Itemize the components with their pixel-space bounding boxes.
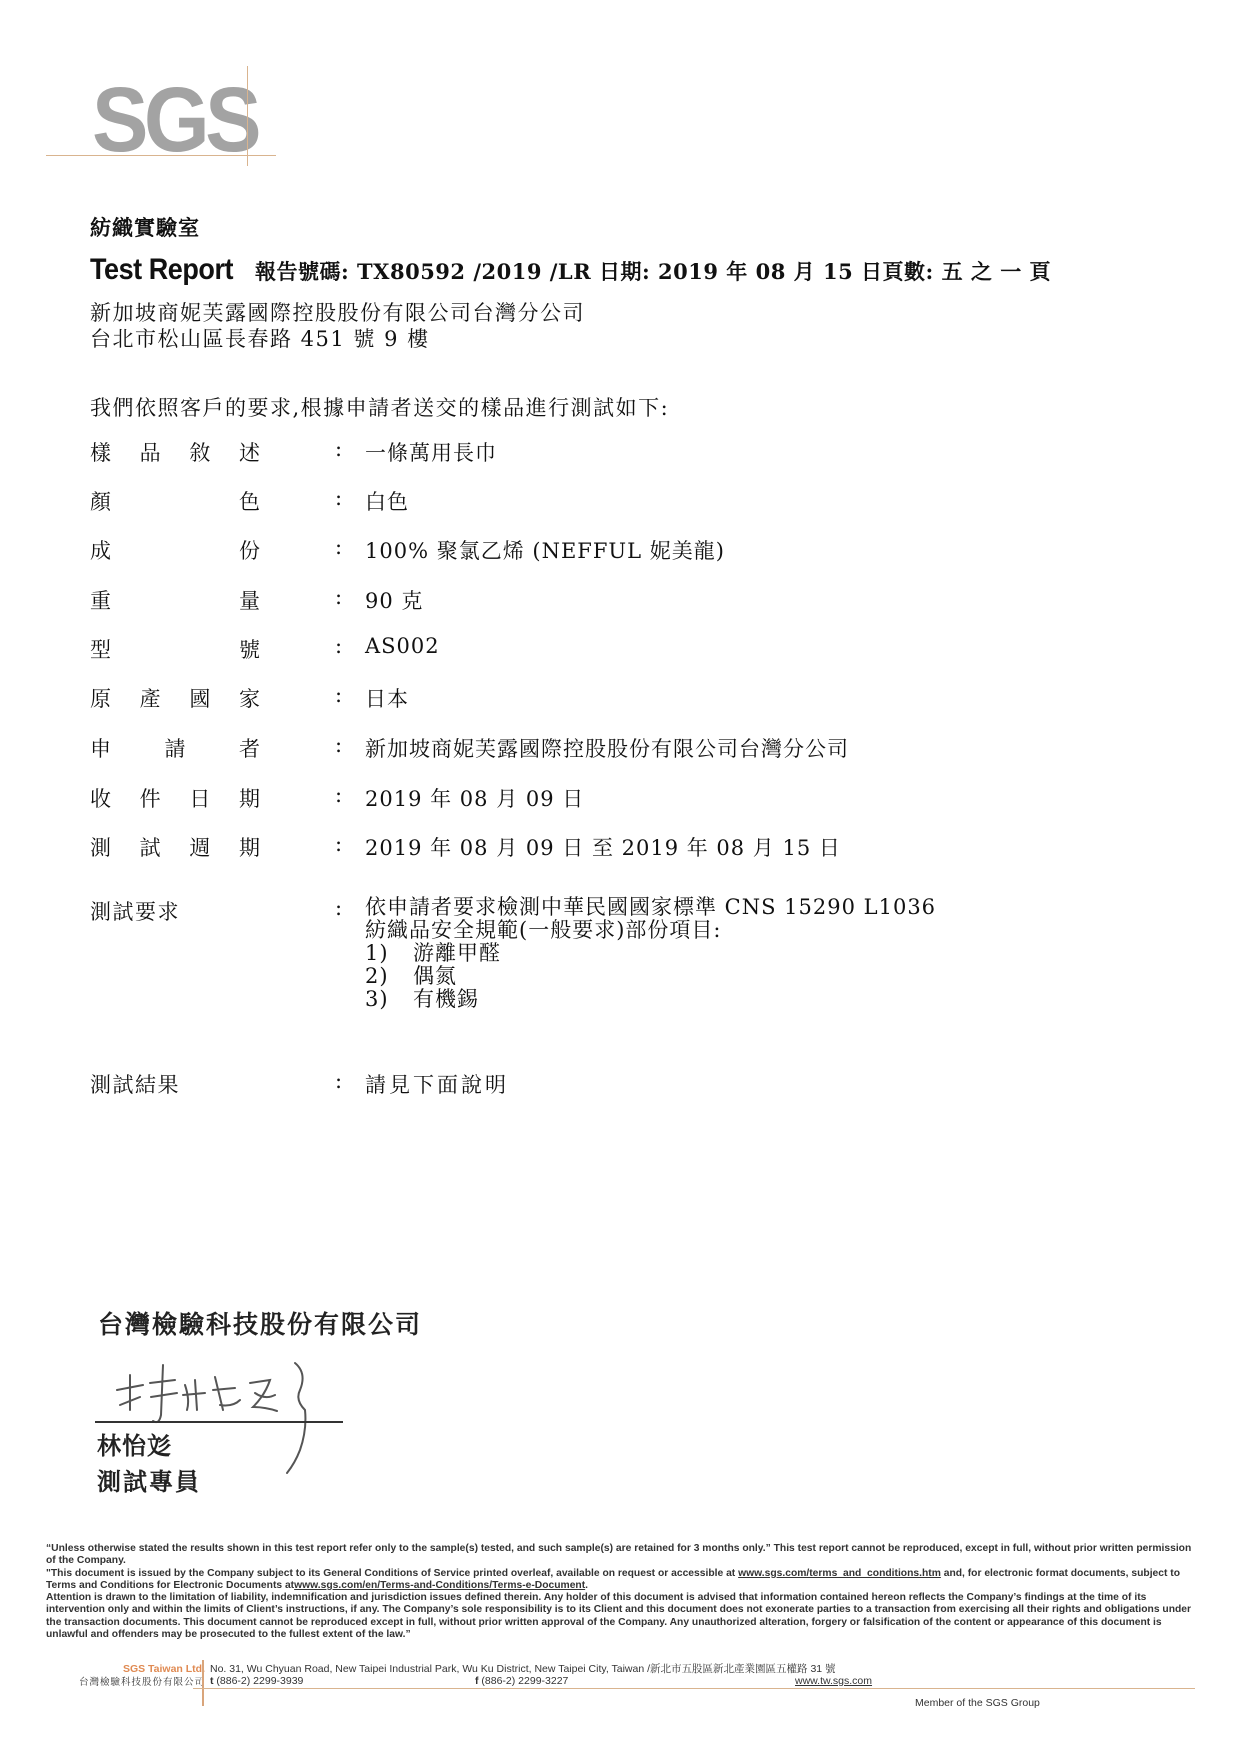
field-colon: :: [335, 486, 342, 510]
field-value: 白色: [365, 486, 409, 516]
footer-company-en: SGS Taiwan Ltd.: [60, 1662, 205, 1676]
disclaimer-paragraph-2: "This document is issued by the Company …: [46, 1568, 1196, 1593]
field-colon: :: [335, 733, 342, 757]
client-address: 台北市松山區長春路 451 號 9 樓: [90, 326, 585, 352]
logo-horizontal-rule: [46, 155, 276, 156]
field-label: 重量: [90, 585, 260, 615]
lab-name: 紡織實驗室: [90, 212, 200, 242]
doc-type-title: Test Report: [90, 253, 233, 287]
phone-icon: t: [210, 1675, 214, 1687]
field-label: 測試結果: [90, 1069, 260, 1099]
field-label: 收件日期: [90, 783, 260, 813]
client-name: 新加坡商妮芙露國際控股股份有限公司台灣分公司: [90, 300, 585, 326]
logo-text: SGS: [92, 74, 257, 166]
page-count: 五 之 一 頁: [942, 259, 1051, 284]
field-value: 新加坡商妮芙露國際控股股份有限公司台灣分公司: [365, 733, 849, 763]
sgs-logo: SGS: [40, 50, 280, 170]
report-no: TX80592 /2019 /LR: [357, 259, 591, 284]
field-label: 成份: [90, 535, 260, 565]
report-no-label: 報告號碼:: [255, 259, 349, 284]
footer-divider-vertical: [202, 1660, 204, 1706]
field-label: 測試要求: [90, 896, 260, 926]
field-label: 型號: [90, 634, 260, 664]
report-meta: 報告號碼: TX80592 /2019 /LR 日期: 2019 年 08 月 …: [255, 256, 1051, 286]
field-colon: :: [335, 585, 342, 609]
field-label: 樣品敘述: [90, 437, 260, 467]
field-colon: :: [335, 896, 342, 920]
field-label: 顏色: [90, 486, 260, 516]
field-value: 100% 聚氯乙烯 (NEFFUL 妮美龍): [365, 535, 725, 565]
disclaimer-paragraph-1: “Unless otherwise stated the results sho…: [46, 1543, 1196, 1568]
intro-statement: 我們依照客戶的要求,根據申請者送交的樣品進行測試如下:: [90, 392, 669, 422]
field-value: 2019 年 08 月 09 日: [365, 783, 584, 813]
field-value: AS002: [365, 634, 440, 658]
field-label: 原產國家: [90, 683, 260, 713]
footer-company: SGS Taiwan Ltd. 台灣檢驗科技股份有限公司: [60, 1662, 205, 1690]
field-value: 請見下面說明: [365, 1069, 509, 1099]
field-colon: :: [335, 683, 342, 707]
client-block: 新加坡商妮芙露國際控股股份有限公司台灣分公司 台北市松山區長春路 451 號 9…: [90, 300, 585, 352]
e-document-terms-link[interactable]: www.sgs.com/en/Terms-and-Conditions/Term…: [294, 1580, 585, 1591]
field-value: 90 克: [365, 585, 423, 615]
field-label: 申請者: [90, 733, 260, 763]
footer-fax: f (886-2) 2299-3227: [475, 1675, 568, 1687]
field-colon: :: [335, 634, 342, 658]
report-date: 2019 年 08 月 15 日: [658, 259, 882, 284]
legal-disclaimer: “Unless otherwise stated the results sho…: [46, 1543, 1196, 1641]
footer-website-link[interactable]: www.tw.sgs.com: [795, 1675, 872, 1687]
field-label: 測試週期: [90, 832, 260, 862]
report-header: Test Report 報告號碼: TX80592 /2019 /LR 日期: …: [90, 253, 1051, 287]
field-value: 2019 年 08 月 09 日 至 2019 年 08 月 15 日: [365, 832, 841, 862]
footer-phone: t (886-2) 2299-3939: [210, 1675, 303, 1687]
footer-company-zh: 台灣檢驗科技股份有限公司: [60, 1676, 205, 1690]
terms-link[interactable]: www.sgs.com/terms_and_conditions.htm: [738, 1568, 941, 1579]
requirement-line-2: 紡織品安全規範(一般要求)部份項目:: [365, 919, 936, 942]
pages-label: 頁數:: [883, 259, 934, 284]
field-colon: :: [335, 437, 342, 461]
signer-title: 測試專員: [97, 1462, 201, 1497]
fax-icon: f: [475, 1675, 479, 1687]
footer-address: No. 31, Wu Chyuan Road, New Taipei Indus…: [210, 1661, 836, 1676]
requirement-lines: 依申請者要求檢測中華民國國家標準 CNS 15290 L1036 紡織品安全規範…: [365, 896, 936, 1011]
field-value: 日本: [365, 683, 409, 713]
field-value: 一條萬用長巾: [365, 437, 497, 467]
signer-name: 林怡彣: [97, 1426, 172, 1461]
field-colon: :: [335, 783, 342, 807]
requirement-item: 2)偶氮: [365, 965, 936, 988]
requirement-item: 1)游離甲醛: [365, 942, 936, 965]
field-colon: :: [335, 832, 342, 856]
date-label: 日期:: [599, 259, 650, 284]
field-colon: :: [335, 535, 342, 559]
logo-vertical-rule: [247, 66, 248, 166]
requirement-item: 3)有機錫: [365, 988, 936, 1011]
requirement-line-1: 依申請者要求檢測中華民國國家標準 CNS 15290 L1036: [365, 896, 936, 919]
field-colon: :: [335, 1069, 342, 1093]
footer-divider-horizontal: [193, 1688, 1195, 1689]
signature-line: [95, 1421, 343, 1423]
disclaimer-paragraph-3: Attention is drawn to the limitation of …: [46, 1592, 1196, 1641]
signing-company: 台灣檢驗科技股份有限公司: [98, 1305, 422, 1341]
footer-member-note: Member of the SGS Group: [915, 1697, 1040, 1709]
